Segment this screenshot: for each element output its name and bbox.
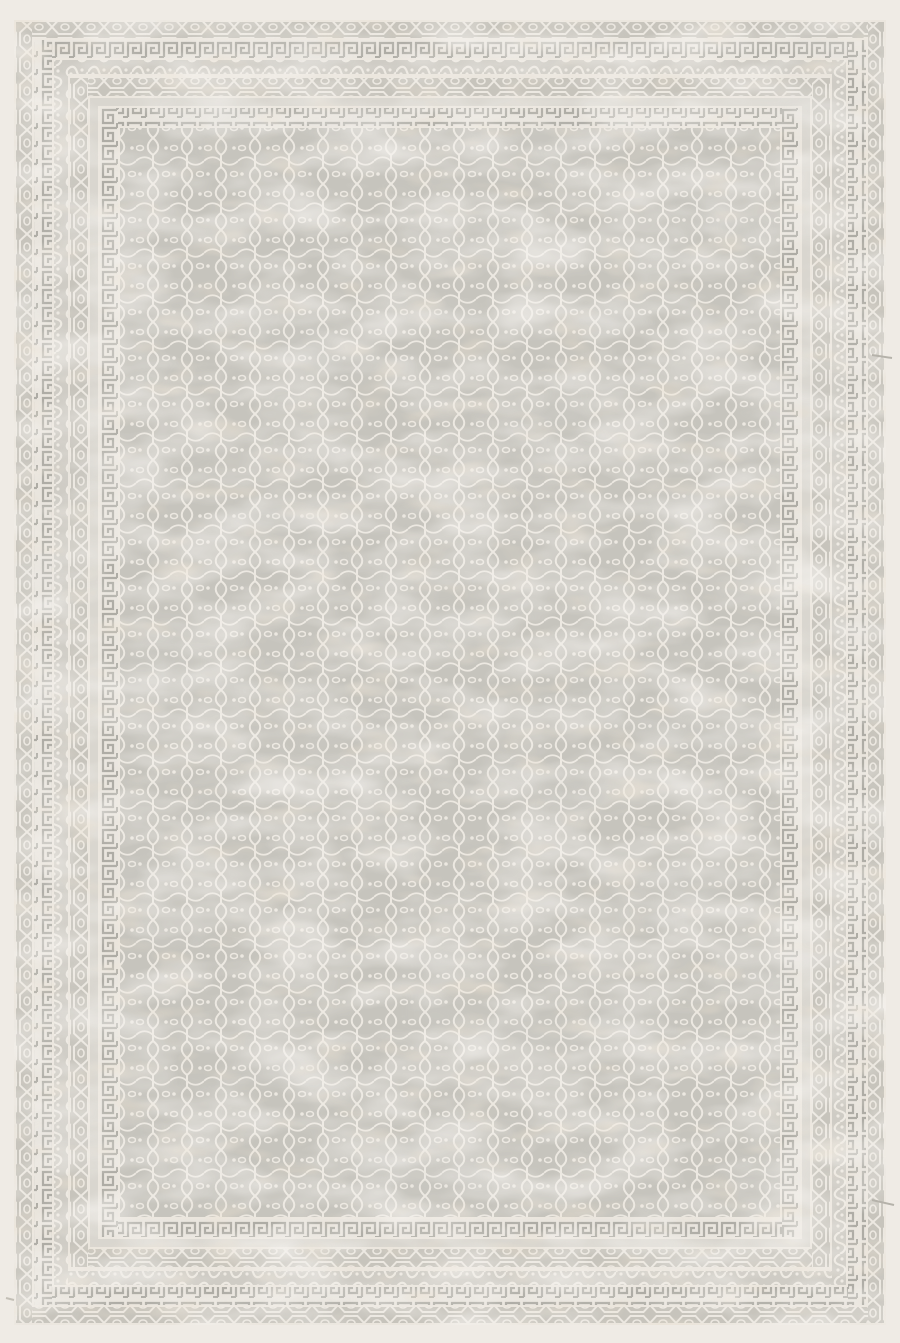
rug-photo [0, 0, 900, 1343]
rug-illustration [0, 0, 900, 1343]
rug-body [14, 20, 886, 1325]
